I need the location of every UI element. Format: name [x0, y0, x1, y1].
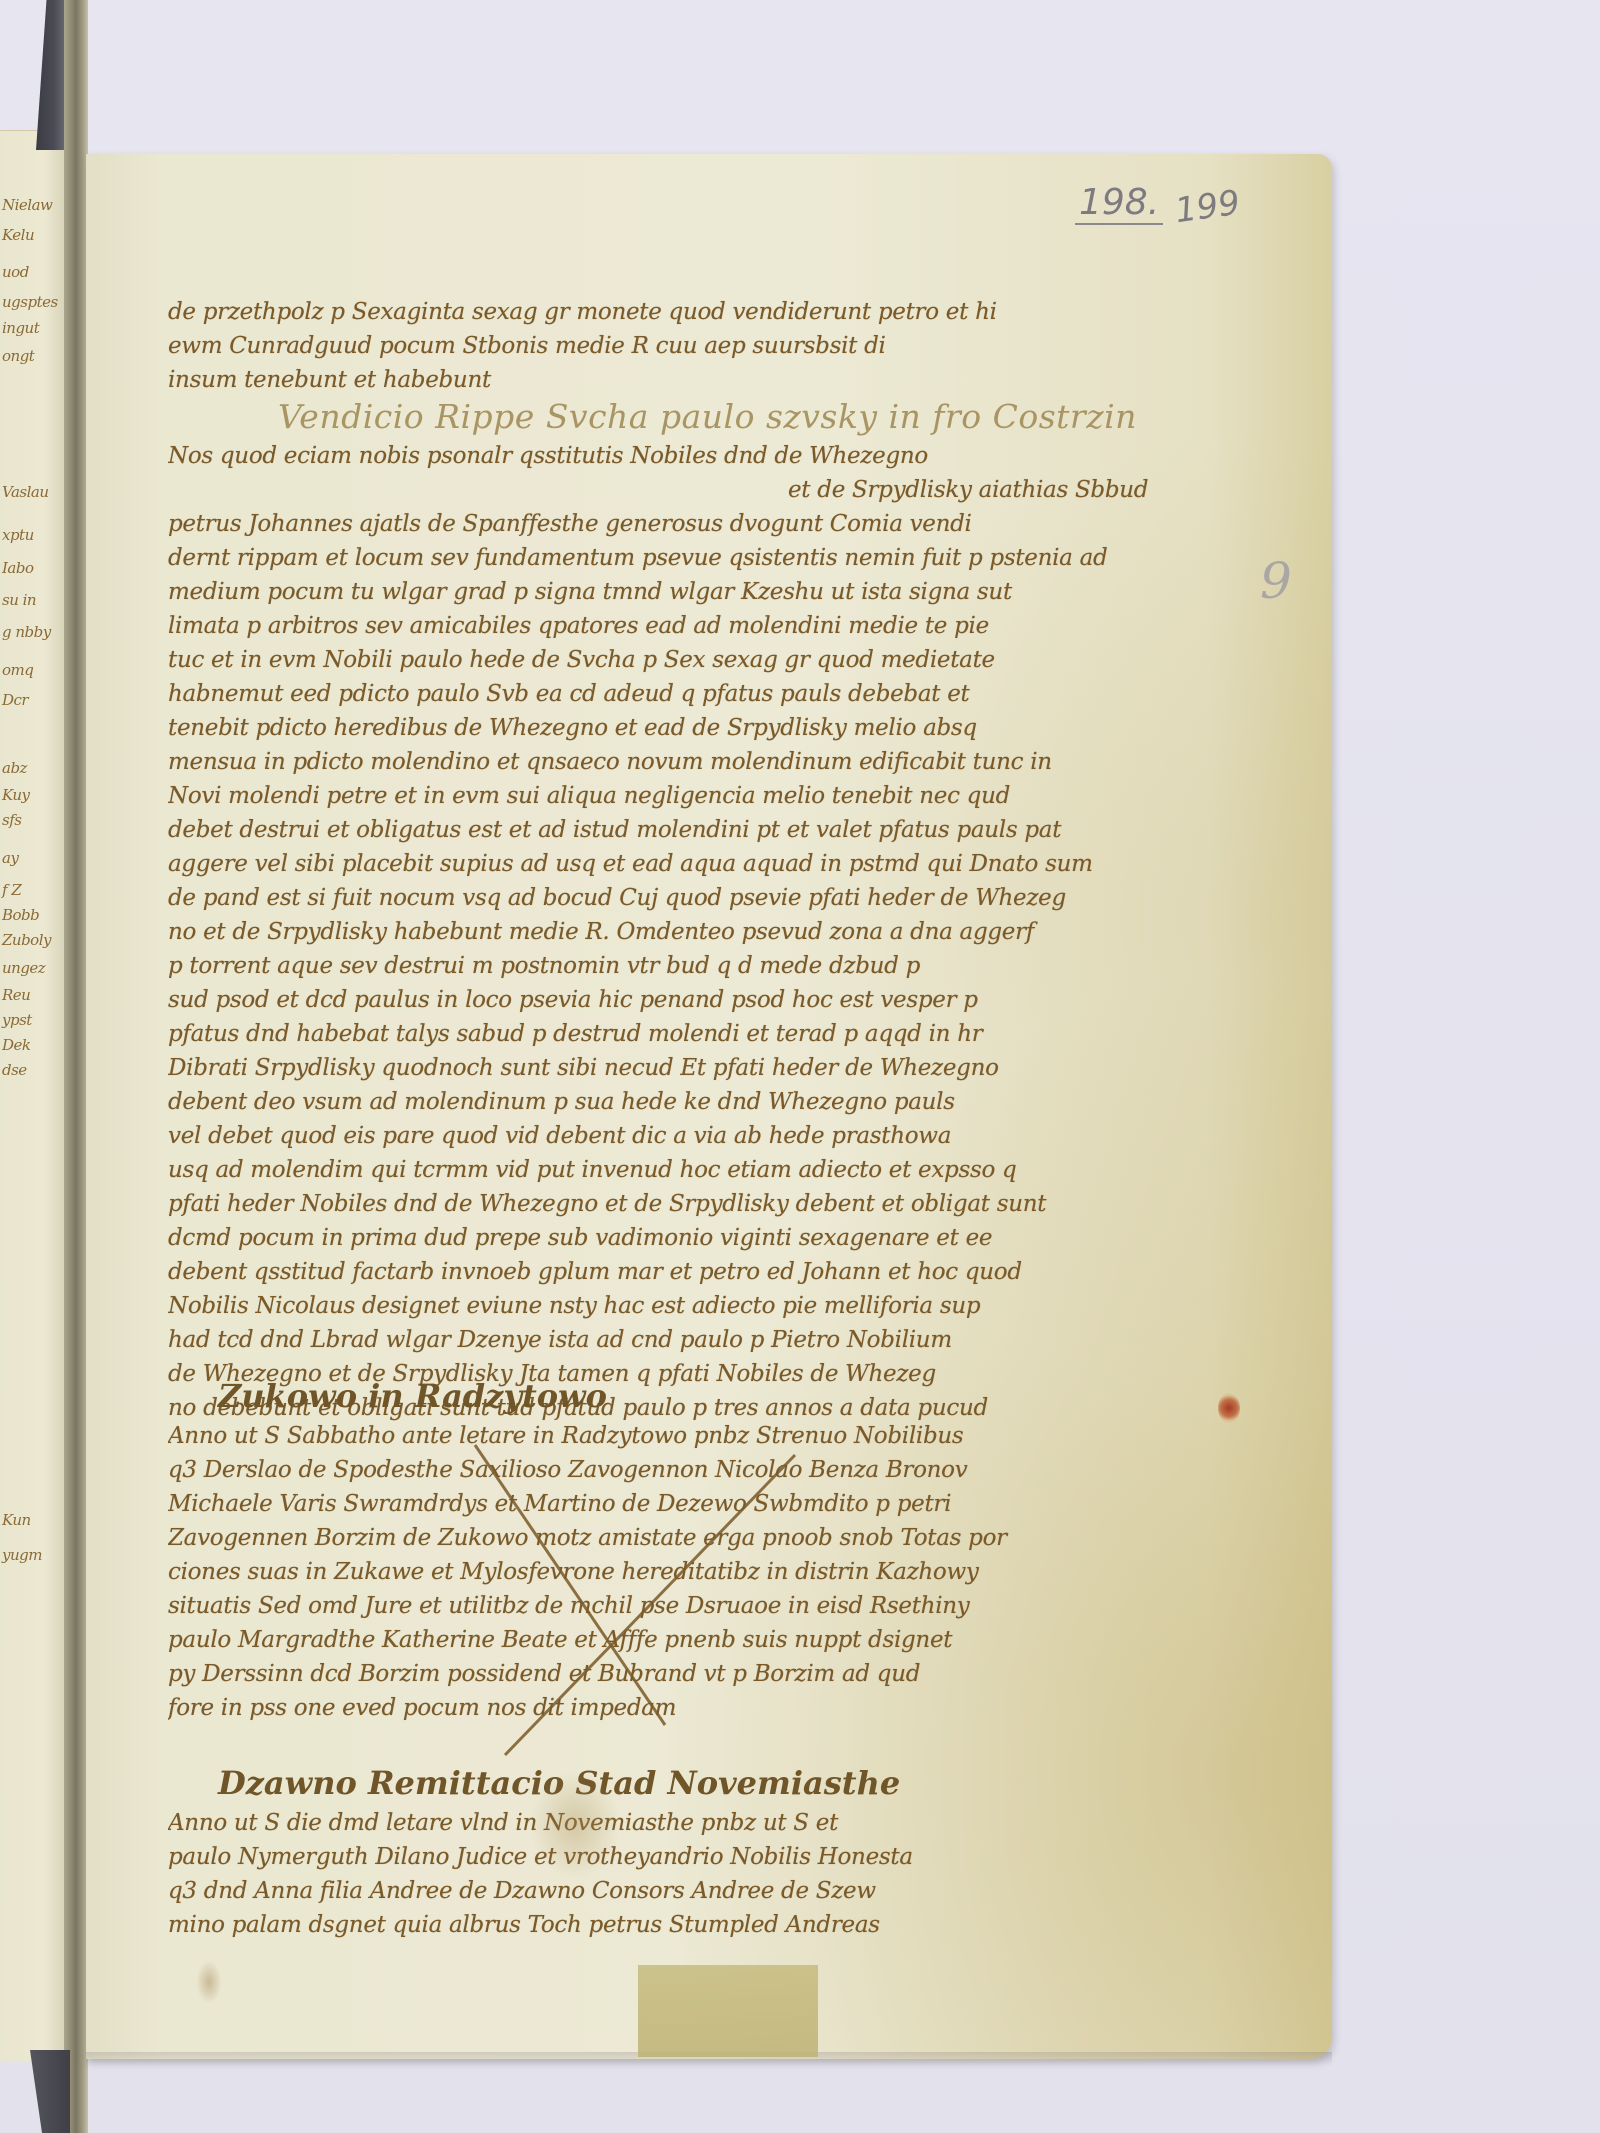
verso-text-fragment: Zuboly: [2, 931, 51, 949]
verso-text-fragment: ungez: [2, 959, 45, 977]
text-line: aggere vel sibi placebit supius ad usq e…: [168, 847, 1248, 881]
red-wax-stain: [1218, 1393, 1240, 1423]
verso-text-fragment: Iabo: [2, 559, 34, 577]
text-line: medium pocum tu wlgar grad p signa tmnd …: [168, 575, 1248, 609]
verso-text-fragment: Dek: [2, 1036, 31, 1054]
text-line: situatis Sed omd Jure et utilitbz de mch…: [168, 1589, 1248, 1623]
verso-text-fragment: ugsptes: [2, 293, 58, 311]
water-stain: [530, 1770, 620, 1880]
text-line: fore in pss one eved pocum nos dit imped…: [168, 1691, 1248, 1725]
text-line: Dibrati Srpydlisky quodnoch sunt sibi ne…: [168, 1051, 1248, 1085]
text-line: debet destrui et obligatus est et ad ist…: [168, 813, 1248, 847]
text-line: ciones suas in Zukawe et Mylosfevrone he…: [168, 1555, 1248, 1589]
text-line: debent deo vsum ad molendinum p sua hede…: [168, 1085, 1248, 1119]
verso-page-fragment: NielawKeluuodugsptesingutongtVaslauxptuI…: [0, 130, 64, 2061]
text-line: q3 Derslao de Spodesthe Saxilioso Zavoge…: [168, 1453, 1248, 1487]
text-line: usq ad molendim qui tcrmm vid put invenu…: [168, 1153, 1248, 1187]
small-stain: [196, 1960, 222, 2004]
text-line: Nobilis Nicolaus designet eviune nsty ha…: [168, 1289, 1248, 1323]
text-line: no et de Srpydlisky habebunt medie R. Om…: [168, 915, 1248, 949]
text-line: had tcd dnd Lbrad wlgar Dzenye ista ad c…: [168, 1323, 1248, 1357]
text-line: Zavogennen Borzim de Zukowo motz amistat…: [168, 1521, 1248, 1555]
verso-text-fragment: Dcr: [2, 691, 28, 709]
verso-text-fragment: ongt: [2, 347, 34, 365]
verso-text-fragment: ay: [2, 849, 18, 867]
section-dzawno: Dzawno Remittacio Stad Novemiasthe Anno …: [168, 1760, 1248, 1942]
verso-text-fragment: sfs: [2, 811, 21, 829]
section-vendicio: Vendicio Rippe Svcha paulo szvsky in fro…: [168, 395, 1248, 1425]
text-line: q3 dnd Anna filia Andree de Dzawno Conso…: [168, 1874, 1248, 1908]
text-line: paulo Nymerguth Dilano Judice et vrothey…: [168, 1840, 1248, 1874]
verso-text-fragment: abz: [2, 759, 27, 777]
text-line: Anno ut S Sabbatho ante letare in Radzyt…: [168, 1419, 1248, 1453]
verso-text-fragment: omq: [2, 661, 33, 679]
verso-text-fragment: ingut: [2, 319, 39, 337]
text-line: paulo Margradthe Katherine Beate et Afff…: [168, 1623, 1248, 1657]
text-line: Anno ut S die dmd letare vlnd in Novemia…: [168, 1806, 1248, 1840]
folio-number-old: 198.: [1075, 183, 1163, 225]
verso-text-fragment: Kuy: [2, 786, 30, 804]
text-line: tuc et in evm Nobili paulo hede de Svcha…: [168, 643, 1248, 677]
verso-text-fragment: Bobb: [2, 906, 39, 924]
verso-text-fragment: dse: [2, 1061, 27, 1079]
section-heading: Dzawno Remittacio Stad Novemiasthe: [168, 1760, 1248, 1806]
text-line: pfatus dnd habebat talys sabud p destrud…: [168, 1017, 1248, 1051]
text-line: et de Srpydlisky aiathias Sbbud: [168, 473, 1248, 507]
text-line: vel debet quod eis pare quod vid debent …: [168, 1119, 1248, 1153]
section-heading: Zukowo in Radzytowo: [168, 1373, 1248, 1419]
section-zukowo: Zukowo in Radzytowo Anno ut S Sabbatho a…: [168, 1373, 1248, 1725]
text-line: Novi molendi petre et in evm sui aliqua …: [168, 779, 1248, 813]
section-heading: Vendicio Rippe Svcha paulo szvsky in fro…: [168, 395, 1248, 439]
text-line: Nos quod eciam nobis psonalr qsstitutis …: [168, 439, 1248, 473]
parchment-repair-patch: [638, 1965, 818, 2057]
text-line: pfati heder Nobiles dnd de Whezegno et d…: [168, 1187, 1248, 1221]
book-gutter: [64, 0, 88, 2133]
text-line: mensua in pdicto molendino et qnsaeco no…: [168, 745, 1248, 779]
text-line: debent qsstitud factarb invnoeb gplum ma…: [168, 1255, 1248, 1289]
verso-text-fragment: Kelu: [2, 226, 34, 244]
verso-text-fragment: uod: [2, 263, 29, 281]
verso-text-fragment: Vaslau: [2, 483, 49, 501]
margin-pencil-mark: 9: [1260, 552, 1292, 610]
verso-text-fragment: g nbby: [2, 623, 51, 641]
text-line: limata p arbitros sev amicabiles qpatore…: [168, 609, 1248, 643]
text-line: Michaele Varis Swramdrdys et Martino de …: [168, 1487, 1248, 1521]
text-line: insum tenebunt et habebunt: [168, 363, 1248, 397]
verso-text-fragment: ypst: [2, 1011, 32, 1029]
text-line: habnemut eed pdicto paulo Svb ea cd adeu…: [168, 677, 1248, 711]
verso-text-fragment: yugm: [2, 1546, 42, 1564]
text-line: dcmd pocum in prima dud prepe sub vadimo…: [168, 1221, 1248, 1255]
text-line: de przethpolz p Sexaginta sexag gr monet…: [168, 295, 1248, 329]
verso-text-fragment: xptu: [2, 526, 34, 544]
text-line: dernt rippam et locum sev fundamentum ps…: [168, 541, 1248, 575]
text-line: p torrent aque sev destrui m postnomin v…: [168, 949, 1248, 983]
text-line: de pand est si fuit nocum vsq ad bocud C…: [168, 881, 1248, 915]
text-line: petrus Johannes ajatls de Spanffesthe ge…: [168, 507, 1248, 541]
section-continuation: de przethpolz p Sexaginta sexag gr monet…: [168, 295, 1248, 397]
text-line: sud psod et dcd paulus in loco psevia hi…: [168, 983, 1248, 1017]
verso-text-fragment: Reu: [2, 986, 30, 1004]
verso-text-fragment: Nielaw: [2, 196, 52, 214]
text-line: py Derssinn dcd Borzim possidend et Bubr…: [168, 1657, 1248, 1691]
text-line: ewm Cunradguud pocum Stbonis medie R cuu…: [168, 329, 1248, 363]
text-line: mino palam dsgnet quia albrus Toch petru…: [168, 1908, 1248, 1942]
verso-text-fragment: f Z: [2, 881, 21, 899]
verso-text-fragment: su in: [2, 591, 36, 609]
text-line: tenebit pdicto heredibus de Whezegno et …: [168, 711, 1248, 745]
verso-text-fragment: Kun: [2, 1511, 31, 1529]
